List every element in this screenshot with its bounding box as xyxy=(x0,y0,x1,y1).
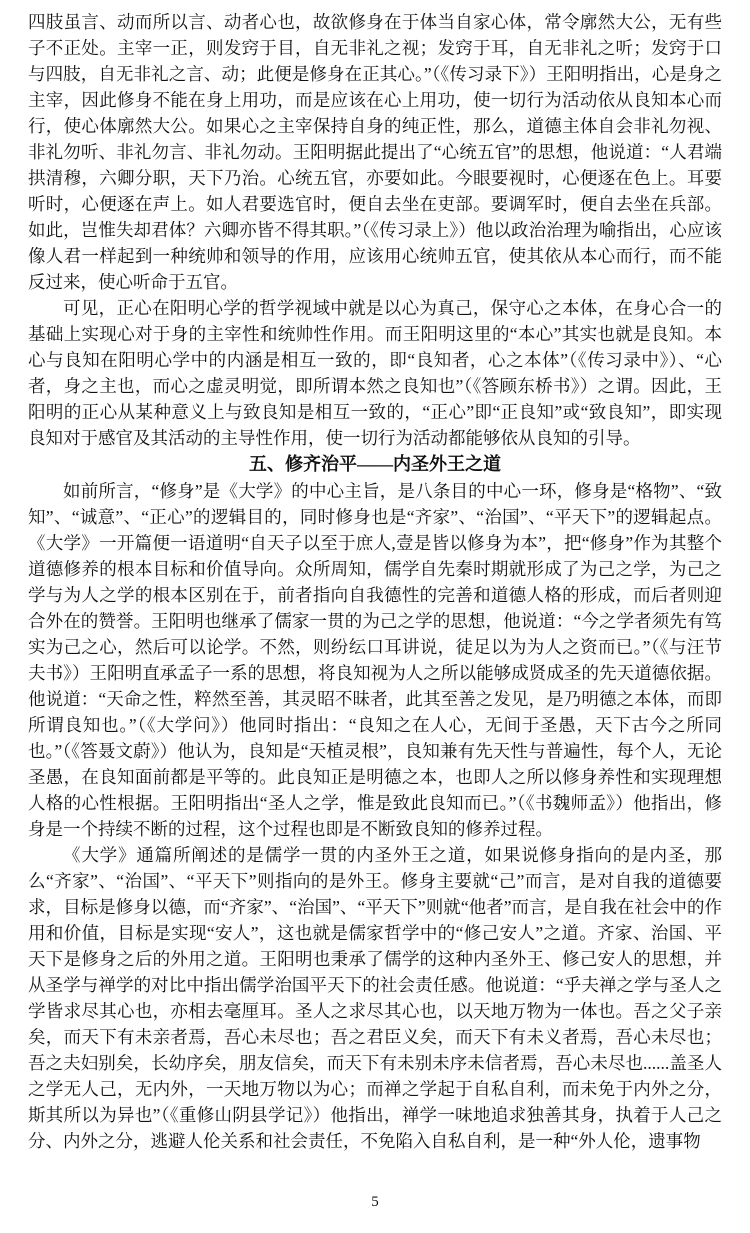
section-heading: 五、修齐治平——内圣外王之道 xyxy=(28,451,722,478)
body-paragraph-continuation: 四肢虽言、动而所以言、动者心也，故欲修身在于体当自家心体，常令廓然大公，无有些子… xyxy=(28,9,722,295)
body-paragraph-kejian: 可见，正心在阳明心学的哲学视域中就是以心为真己，保守心之本体，在身心合一的基础上… xyxy=(28,295,722,451)
document-body: 四肢虽言、动而所以言、动者心也，故欲修身在于体当自家心体，常令廓然大公，无有些子… xyxy=(28,9,722,1154)
body-paragraph-daxue: 《大学》通篇所阐述的是儒学一贯的内圣外王之道，如果说修身指向的是内圣，那么“齐家… xyxy=(28,842,722,1154)
page-number: 5 xyxy=(0,1193,750,1211)
body-paragraph-xiushen: 如前所言，“修身”是《大学》的中心主旨，是八条目的中心一环，修身是“格物”、“致… xyxy=(28,478,722,842)
document-page: 四肢虽言、动而所以言、动者心也，故欲修身在于体当自家心体，常令廓然大公，无有些子… xyxy=(0,0,750,1233)
